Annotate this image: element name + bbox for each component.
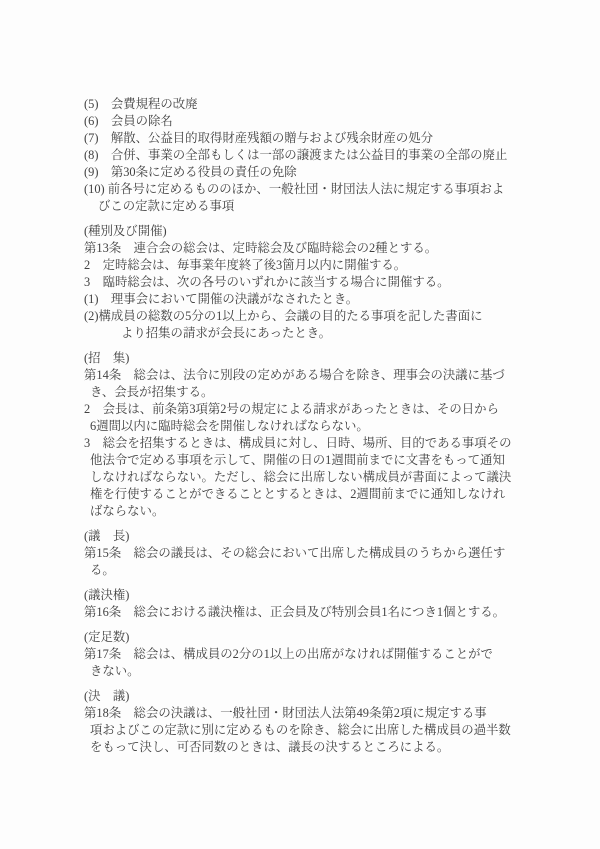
document-line: 第13条 連合会の総会は、定時総会及び臨時総会の2種とする。 — [84, 240, 542, 257]
section-heading: (種別及び開催) — [84, 223, 542, 240]
document-line: 2 定時総会は、毎事業年度終了後3箇月以内に開催する。 — [84, 257, 542, 274]
document-line: (2)構成員の総数の5分の1以上から、会議の目的たる事項を記した書面に — [84, 308, 542, 325]
section-heading: (決 議) — [84, 688, 542, 705]
section-article-13: (種別及び開催) 第13条 連合会の総会は、定時総会及び臨時総会の2種とする。 … — [84, 223, 542, 342]
document-page: (5) 会費規程の改廃 (6) 会員の除名 (7) 解散、公益目的取得財産残額の… — [0, 0, 600, 849]
section-article-17: (定足数) 第17条 総会は、構成員の2分の1以上の出席がなければ開催することが… — [84, 629, 542, 680]
document-line: (6) 会員の除名 — [84, 113, 542, 130]
document-line: き、会長が招集する。 — [84, 384, 542, 401]
document-line: (5) 会費規程の改廃 — [84, 96, 542, 113]
document-line: 第18条 総会の決議は、一般社団・財団法人法第49条第2項に規定する事 — [84, 705, 542, 722]
document-line: (9) 第30条に定める役員の責任の免除 — [84, 164, 542, 181]
document-line: る。 — [84, 562, 542, 579]
document-line: 他法令で定める事項を示して、開催の日の1週間前までに文書をもって通知 — [84, 452, 542, 469]
document-line: びこの定款に定める事項 — [84, 198, 542, 215]
section-heading: (議決権) — [84, 587, 542, 604]
document-line: (10) 前各号に定めるもののほか、一般社団・財団法人法に規定する事項およ — [84, 181, 542, 198]
document-line: より招集の請求が会長にあったとき。 — [84, 325, 542, 342]
document-line: 2 会長は、前条第3項第2号の規定による請求があったときは、その日から — [84, 401, 542, 418]
document-line: 項およびこの定款に別に定めるものを除き、総会に出席した構成員の過半数 — [84, 722, 542, 739]
document-line: 権を行使することができることとするときは、2週間前までに通知しなけれ — [84, 486, 542, 503]
document-line: (7) 解散、公益目的取得財産残額の贈与および残余財産の処分 — [84, 130, 542, 147]
section-enumerated-items: (5) 会費規程の改廃 (6) 会員の除名 (7) 解散、公益目的取得財産残額の… — [84, 96, 542, 215]
section-article-18: (決 議) 第18条 総会の決議は、一般社団・財団法人法第49条第2項に規定する… — [84, 688, 542, 756]
document-line: (8) 合併、事業の全部もしくは一部の譲渡または公益目的事業の全部の廃止 — [84, 147, 542, 164]
document-line: 3 総会を招集するときは、構成員に対し、日時、場所、目的である事項その — [84, 435, 542, 452]
document-line: をもって決し、可否同数のときは、議長の決するところによる。 — [84, 739, 542, 756]
document-line: 第15条 総会の議長は、その総会において出席した構成員のうちから選任す — [84, 545, 542, 562]
document-line: (1) 理事会において開催の決議がなされたとき。 — [84, 291, 542, 308]
document-line: ばならない。 — [84, 503, 542, 520]
section-heading: (招 集) — [84, 350, 542, 367]
section-article-16: (議決権) 第16条 総会における議決権は、正会員及び特別会員1名につき1個とす… — [84, 587, 542, 621]
section-heading: (議 長) — [84, 528, 542, 545]
section-article-14: (招 集) 第14条 総会は、法令に別段の定めがある場合を除き、理事会の決議に基… — [84, 350, 542, 520]
section-heading: (定足数) — [84, 629, 542, 646]
document-line: 第14条 総会は、法令に別段の定めがある場合を除き、理事会の決議に基づ — [84, 367, 542, 384]
document-line: 第17条 総会は、構成員の2分の1以上の出席がなければ開催することがで — [84, 646, 542, 663]
document-line: 第16条 総会における議決権は、正会員及び特別会員1名につき1個とする。 — [84, 604, 542, 621]
document-line: 6週間以内に臨時総会を開催しなければならない。 — [84, 418, 542, 435]
section-article-15: (議 長) 第15条 総会の議長は、その総会において出席した構成員のうちから選任… — [84, 528, 542, 579]
document-line: しなければならない。ただし、総会に出席しない構成員が書面によって議決 — [84, 469, 542, 486]
document-line: きない。 — [84, 663, 542, 680]
document-line: 3 臨時総会は、次の各号のいずれかに該当する場合に開催する。 — [84, 274, 542, 291]
